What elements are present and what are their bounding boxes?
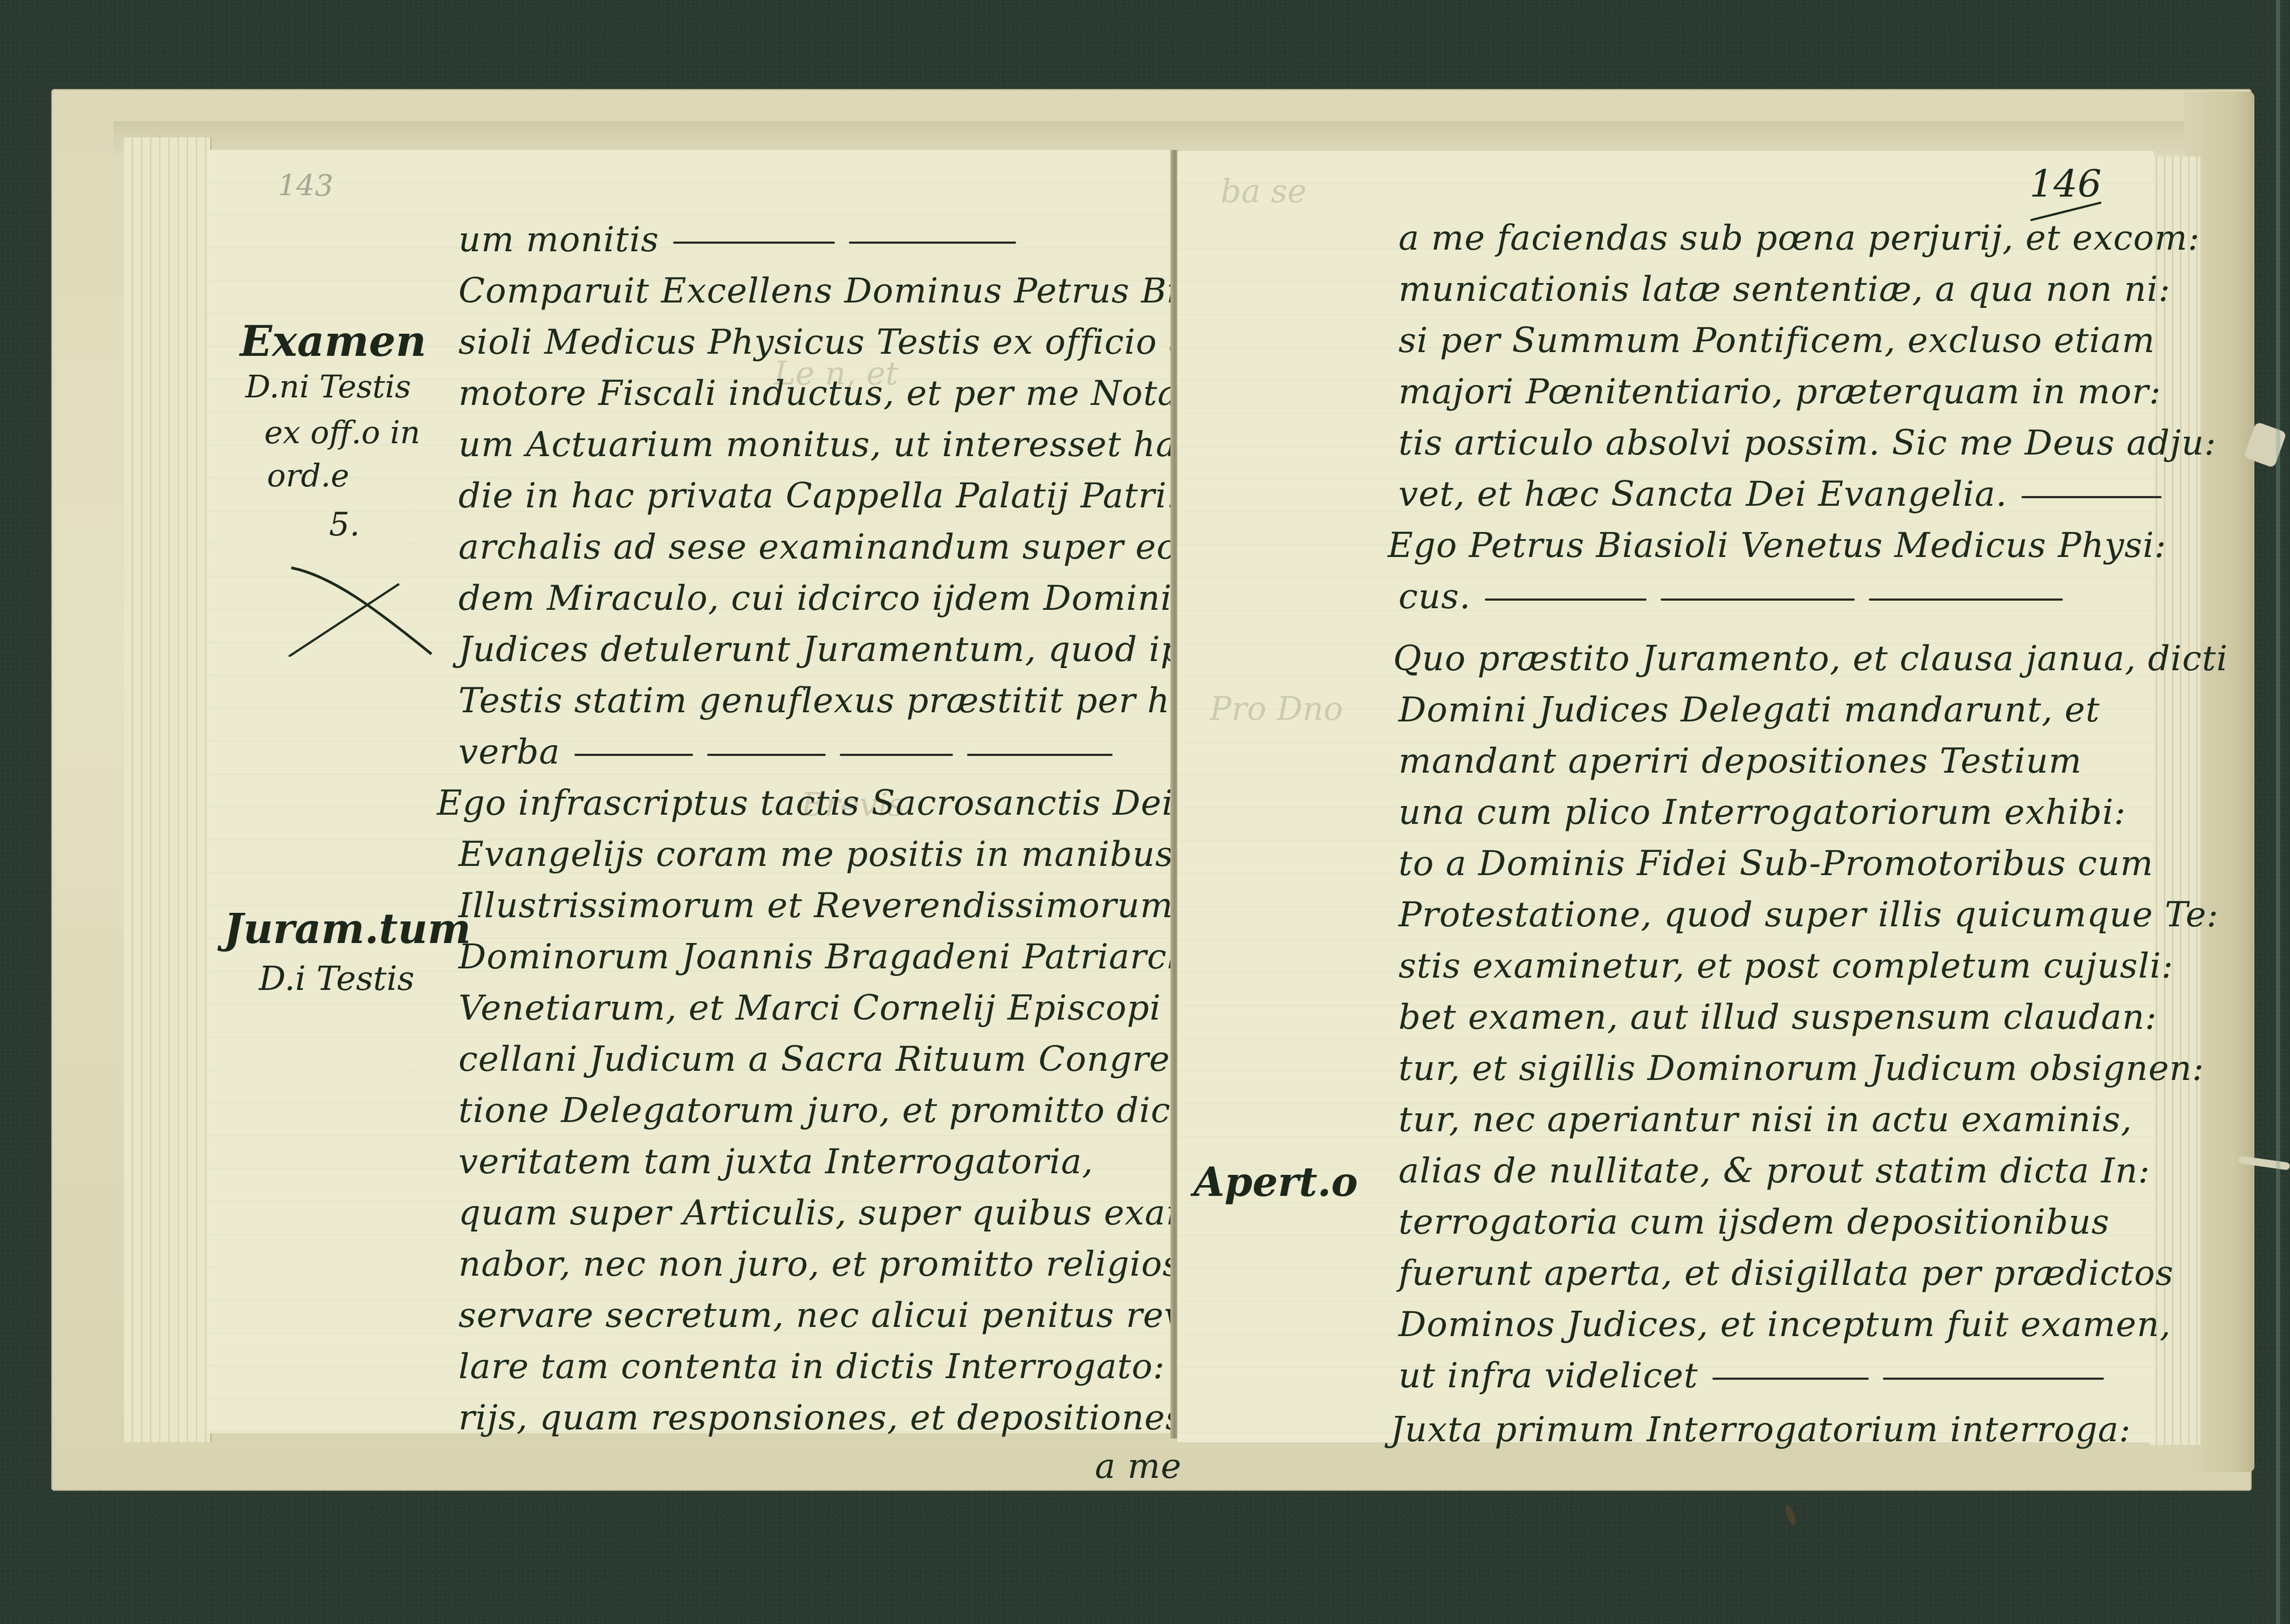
margin-note-apertio: Apert.o — [1194, 1159, 1358, 1206]
text-line: Illustrissimorum et Reverendissimorum — [458, 886, 1173, 926]
glass-edge — [2276, 0, 2280, 1624]
text-line: to a Dominis Fidei Sub-Promotoribus cum — [1398, 844, 2154, 884]
text-line: Protestatione, quod super illis quicumqu… — [1398, 895, 2219, 935]
text-line: Comparuit Excellens Dominus Petrus Bia: — [458, 271, 1212, 311]
text-line: motore Fiscali inductus, et per me Notar… — [458, 374, 1219, 414]
text-line: stis examinetur, et post completum cujus… — [1398, 946, 2174, 986]
margin-note-examen: Examen — [240, 317, 426, 366]
text-line: si per Summum Pontificem, excluso etiam — [1398, 321, 2155, 361]
text-line: Judices detulerunt Juramentum, quod ipse — [458, 630, 1222, 670]
text-line: tur, nec aperiantur nisi in actu examini… — [1398, 1100, 2133, 1140]
text-line: Ego Petrus Biasioli Venetus Medicus Phys… — [1388, 526, 2166, 566]
left-page: 143 Le n, et Brevis Examen D.ni Testis e… — [208, 150, 1174, 1433]
text-line: Dominos Judices, et inceptum fuit examen… — [1398, 1305, 2171, 1345]
text-line: Dominorum Joannis Bragadeni Patriarchæ — [458, 937, 1223, 977]
margin-note-di-testis: D.i Testis — [259, 959, 414, 998]
text-line: tione Delegatorum juro, et promitto dice… — [458, 1091, 1230, 1131]
text-line: cellani Judicum a Sacra Rituum Congrega: — [458, 1040, 1226, 1079]
text-line: vet, et hæc Sancta Dei Evangelia. — [1398, 474, 2162, 514]
text-line: una cum plico Interrogatoriorum exhibi: — [1398, 793, 2126, 832]
text-line: Quo præstito Juramento, et clausa janua,… — [1393, 639, 2228, 679]
cover-top-flap — [113, 121, 2190, 154]
text-line: veritatem tam juxta Interrogatoria, — [458, 1142, 1094, 1182]
text-line: a me faciendas sub pœna perjurij, et exc… — [1398, 218, 2200, 258]
text-line: Venetiarum, et Marci Cornelij Episcopi T… — [458, 988, 1244, 1028]
text-line: mandant aperiri depositiones Testium — [1398, 741, 2082, 781]
text-line: Juxta primum Interrogatorium interroga: — [1390, 1410, 2131, 1450]
left-page-stack — [124, 137, 211, 1442]
text-line: majori Pœnitentiario, præterquam in mor: — [1398, 372, 2161, 412]
margin-note-dni-testis: D.ni Testis — [245, 368, 411, 405]
text-line: dem Miraculo, cui idcirco ijdem Domini — [458, 579, 1172, 618]
text-line: sioli Medicus Physicus Testis ex officio… — [458, 322, 1276, 362]
text-line: cus. — [1398, 577, 2063, 617]
text-line: lare tam contenta in dictis Interrogato: — [458, 1347, 1165, 1387]
text-line: um Actuarium monitus, ut interesset hac — [458, 425, 1197, 465]
text-line: verba — [458, 732, 1113, 772]
text-line: um monitis — [458, 220, 1016, 260]
margin-note-number-5: 5. — [329, 506, 360, 543]
bleed-through-text: ba se — [1221, 173, 1307, 210]
catchword: a me — [1095, 1447, 1182, 1487]
text-line: rijs, quam responsiones, et depositiones — [458, 1398, 1184, 1438]
text-line: Testis statim genuflexus præstitit per h… — [458, 681, 1223, 721]
cross-mark — [289, 565, 434, 657]
text-line: Domini Judices Delegati mandarunt, et — [1398, 690, 2100, 730]
margin-note-ex-officio: ex off.o in — [264, 414, 420, 451]
text-line: bet examen, aut illud suspensum claudan: — [1398, 997, 2157, 1037]
text-line: quam super Articulis, super quibus exami… — [458, 1193, 1223, 1233]
text-line: ut infra videlicet — [1398, 1356, 2104, 1396]
faint-folio-number: 143 — [278, 169, 333, 203]
text-line: terrogatoria cum ijsdem depositionibus — [1398, 1202, 2109, 1242]
text-line: Ego infrascriptus tactis Sacrosanctis De… — [437, 783, 1174, 823]
text-line: alias de nullitate, & prout statim dicta… — [1398, 1151, 2150, 1191]
text-line: archalis ad sese examinandum super eo: — [458, 527, 1190, 567]
margin-note-ord: ord.e — [267, 457, 349, 494]
text-line: municationis latæ sententiæ, a qua non n… — [1398, 270, 2171, 309]
text-line: tur, et sigillis Dominorum Judicum obsig… — [1398, 1049, 2204, 1089]
ink-stain — [1784, 1504, 1798, 1526]
folio-number: 146 — [2030, 162, 2102, 206]
margin-note-juramentum: Juram.tum — [224, 905, 471, 953]
text-line: fuerunt aperta, et disigillata per prædi… — [1398, 1254, 2174, 1293]
text-line: tis articulo absolvi possim. Sic me Deus… — [1398, 423, 2216, 463]
text-line: die in hac privata Cappella Palatij Patr… — [458, 476, 1179, 516]
bleed-through-text: Pro Dno — [1210, 690, 1343, 728]
text-line: servare secretum, nec alicui penitus rev… — [458, 1296, 1217, 1336]
text-line: Evangelijs coram me positis in manibus — [458, 835, 1174, 875]
text-line: nabor, nec non juro, et promitto religio… — [458, 1244, 1202, 1284]
right-page: 146 ba se Pro Dno Apert.o a me faciendas… — [1177, 151, 2154, 1442]
right-page-stack — [2149, 156, 2200, 1445]
